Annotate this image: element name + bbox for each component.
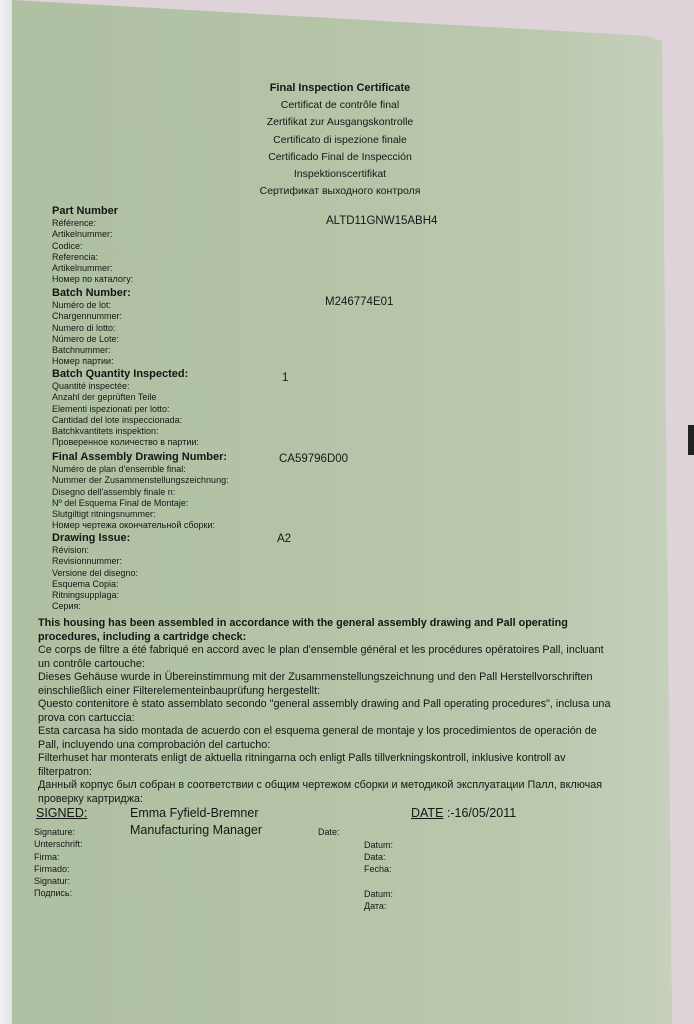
signer-role: Manufacturing Manager: [130, 823, 262, 837]
statement-it: Questo contenitore è stato assemblato se…: [38, 698, 618, 725]
part-number-fr: Référence:: [52, 218, 372, 229]
batch-number-es: Número de Lote:: [52, 334, 372, 345]
signature-es: Firmado:: [34, 863, 83, 875]
part-number-ru: Номер по каталогу:: [52, 274, 372, 285]
date-translation-es: Fecha:: [364, 863, 392, 875]
date-value: :-16/05/2011: [443, 806, 516, 820]
batch-quantity-es: Cantidad del lote inspeccionada:: [52, 415, 372, 426]
batch-number-label: Batch Number:: [52, 287, 372, 300]
batch-number-field: Batch Number: Numéro de lot: Chargennumm…: [52, 287, 372, 368]
title-sv: Inspektionscertifikat: [240, 166, 440, 183]
signature-en: Signature:: [34, 826, 83, 838]
date-translation-sv: Datum:: [364, 888, 393, 900]
statement-ru: Данный корпус был собран в соответствии …: [38, 779, 618, 806]
batch-number-sv: Batchnummer:: [52, 345, 372, 356]
drawing-number-it: Disegno dell'assembly finale n:: [52, 487, 372, 498]
batch-quantity-it: Elementi ispezionati per lotto:: [52, 404, 372, 415]
statement-de: Dieses Gehäuse wurde in Übereinstimmung …: [38, 671, 618, 698]
date-field: DATE :-16/05/2011: [411, 806, 516, 820]
part-number-it: Codice:: [52, 241, 372, 252]
batch-quantity-label: Batch Quantity Inspected:: [52, 368, 372, 381]
signature-ru: Подпись:: [34, 887, 83, 899]
signature-sv: Signatur:: [34, 875, 83, 887]
drawing-number-de: Nummer der Zusammenstellungszeichnung:: [52, 475, 372, 486]
drawing-issue-es: Esquema Copia:: [52, 579, 372, 590]
date-translation-it: Data:: [364, 851, 386, 863]
batch-quantity-ru: Проверенное количество в партии:: [52, 437, 372, 448]
statement-sv: Filterhuset har monterats enligt de aktu…: [38, 752, 618, 779]
date-label: DATE: [411, 806, 443, 820]
title-en: Final Inspection Certificate: [240, 80, 440, 97]
drawing-number-ru: Номер чертежа окончательной сборки:: [52, 520, 372, 531]
title-fr: Certificat de contrôle final: [240, 97, 440, 114]
drawing-number-sv: Slutgiltigt ritningsnummer:: [52, 509, 372, 520]
title-ru: Сертификат выходного контроля: [240, 183, 440, 200]
part-number-field: Part Number Référence: Artikelnummer: Co…: [52, 205, 372, 286]
signature-de: Unterschrift:: [34, 838, 83, 850]
batch-quantity-de: Anzahl der geprüften Teile: [52, 392, 372, 403]
batch-number-it: Numero di lotto:: [52, 323, 372, 334]
drawing-issue-it: Versione del disegno:: [52, 568, 372, 579]
drawing-issue-fr: Révision:: [52, 545, 372, 556]
batch-quantity-sv: Batchkvantitets inspektion:: [52, 426, 372, 437]
batch-quantity-value: 1: [282, 372, 288, 384]
title-it: Certificato di ispezione finale: [240, 132, 440, 149]
title-es: Certificado Final de Inspección: [240, 149, 440, 166]
statement-es: Esta carcasa ha sido montada de acuerdo …: [38, 725, 618, 752]
statement-en: This housing has been assembled in accor…: [38, 617, 618, 644]
certificate-content: Final Inspection Certificate Certificat …: [0, 0, 694, 1024]
date-translation-ru: Дата:: [364, 900, 386, 912]
drawing-number-es: Nº del Esquema Final de Montaje:: [52, 498, 372, 509]
batch-number-de: Chargennummer:: [52, 311, 372, 322]
batch-quantity-fr: Quantité inspectée:: [52, 381, 372, 392]
batch-number-fr: Numéro de lot:: [52, 300, 372, 311]
drawing-issue-de: Revisionnummer:: [52, 556, 372, 567]
title-de: Zertifikat zur Ausgangskontrolle: [240, 114, 440, 131]
batch-quantity-field: Batch Quantity Inspected: Quantité inspe…: [52, 368, 372, 449]
assembly-statement: This housing has been assembled in accor…: [38, 617, 618, 806]
signer-name: Emma Fyfield-Bremner: [130, 806, 259, 820]
drawing-issue-label: Drawing Issue:: [52, 532, 372, 545]
drawing-number-fr: Numéro de plan d'ensemble final:: [52, 464, 372, 475]
drawing-issue-value: A2: [277, 533, 291, 545]
signature-it: Firma:: [34, 851, 83, 863]
signed-label: SIGNED:: [36, 806, 87, 820]
part-number-label: Part Number: [52, 205, 372, 218]
part-number-value: ALTD11GNW15ABH4: [326, 215, 437, 227]
certificate-title-block: Final Inspection Certificate Certificat …: [240, 80, 440, 200]
batch-number-ru: Номер партии:: [52, 356, 372, 367]
part-number-sv: Artikelnummer:: [52, 263, 372, 274]
drawing-issue-ru: Серия:: [52, 601, 372, 612]
date-translation-de: Datum:: [364, 839, 393, 851]
drawing-number-value: CA59796D00: [279, 453, 348, 465]
drawing-issue-sv: Ritningsupplaga:: [52, 590, 372, 601]
drawing-issue-field: Drawing Issue: Révision: Revisionnummer:…: [52, 532, 372, 613]
part-number-es: Referencia:: [52, 252, 372, 263]
statement-fr: Ce corps de filtre a été fabriqué en acc…: [38, 644, 618, 671]
signature-translations: Signature: Unterschrift: Firma: Firmado:…: [34, 826, 83, 900]
batch-number-value: M246774E01: [325, 296, 393, 308]
part-number-de: Artikelnummer:: [52, 229, 372, 240]
date-translation-en: Date:: [318, 826, 340, 838]
